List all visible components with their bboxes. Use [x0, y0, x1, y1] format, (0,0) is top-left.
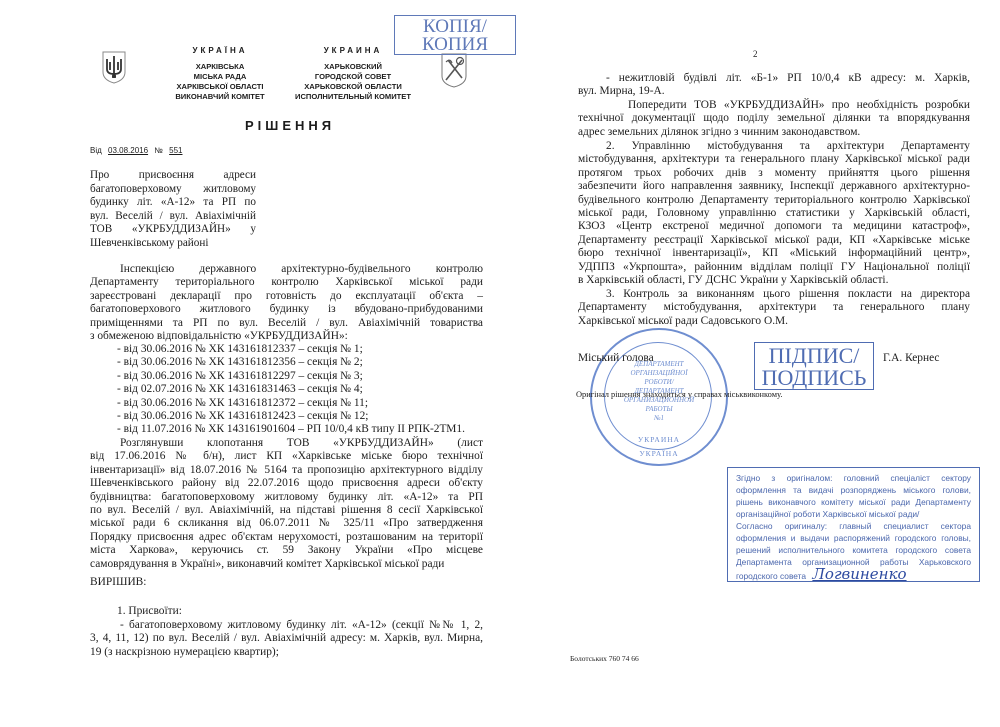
- text-line: 2. Управлінню містобудування та архітект…: [578, 140, 970, 153]
- paragraph-warn: Попередити ТОВ «УКРБУДДИЗАЙН» про необхі…: [578, 99, 970, 139]
- document-number: 551: [169, 146, 182, 155]
- seal-line: РАБОТЫ: [592, 405, 726, 414]
- text-line: технічної документації щодо поділу земел…: [578, 112, 970, 125]
- trident-coat-of-arms-icon: [101, 50, 127, 84]
- declaration-item: - від 30.06.2016 № ХК 143161812423 – сек…: [117, 410, 497, 423]
- text-line: міської ради, Головному управлінню стати…: [578, 207, 970, 220]
- header-ukrainian: УКРАЇНА ХАРКІВСЬКА МІСЬКА РАДА ХАРКІВСЬК…: [155, 46, 285, 102]
- text-line: міста Харкова», керуючись ст. 59 Закону …: [90, 544, 483, 557]
- signature-stamp-line2: ПОДПИСЬ: [755, 367, 873, 389]
- text-line: Шевченківського району від 22.07.2016 що…: [90, 477, 483, 490]
- copy-stamp-line2: КОПИЯ: [395, 36, 515, 54]
- text-line: 19 (з наскрізною нумерацією квартир);: [90, 646, 483, 659]
- executor-footer: Болотських 760 74 66: [570, 654, 639, 663]
- copy-stamp: КОПІЯ/ КОПИЯ: [394, 15, 516, 55]
- text-line: Департаменту реєстрації Харківської місь…: [578, 234, 970, 247]
- signature-stamp-line1: ПІДПИС/: [755, 345, 873, 367]
- text-line: самоврядування в Україні», виконавчий ко…: [90, 558, 483, 571]
- text-line: Інспекцією державного архітектурно-будів…: [90, 263, 483, 276]
- text-line: від 17.06.2016 № б/н), лист КП «Харківсь…: [90, 450, 483, 463]
- text-line: містобудування, архітектури та генеральн…: [578, 153, 970, 166]
- stamp-line: Згідно з оригіналом: головний спеціаліст…: [736, 472, 971, 484]
- subject-line: Про присвоєння адреси: [90, 169, 256, 183]
- seal-line: ОРГАНІЗАЦІЙНОЇ: [592, 369, 726, 378]
- handwritten-signature: Логвиненко: [812, 565, 906, 583]
- item1-text: - багатоповерховому житловому будинку лі…: [90, 619, 483, 659]
- text-line: Харківської міської ради Садовського О.М…: [578, 315, 970, 328]
- header-line: ХАРКІВСЬКА: [155, 62, 285, 72]
- text-line: міської ради 6 скликання від 06.07.2011 …: [90, 517, 483, 530]
- paragraph-considering: Розглянувши клопотання ТОВ «УКРБУДДИЗАЙН…: [90, 437, 483, 571]
- text-line: приміщеннями та РП по вул. Веселій / вул…: [90, 317, 483, 330]
- document-date-line: Від 03.08.2016 № 551: [90, 146, 182, 155]
- text-line: забезпечити його направлення заявнику, І…: [578, 180, 970, 193]
- signatory-name: Г.А. Кернес: [883, 352, 939, 365]
- signatory-role: Міський голова: [578, 352, 654, 365]
- text-line: - багатоповерховому житловому будинку лі…: [90, 619, 483, 632]
- text-line: Попередити ТОВ «УКРБУДДИЗАЙН» про необхі…: [578, 99, 970, 112]
- text-line: в Харківській області, ГУ ДСНС України у…: [578, 274, 970, 287]
- signature-stamp: ПІДПИС/ ПОДПИСЬ: [754, 342, 874, 390]
- subject-line: вул. Веселій / вул. Авіахімічній: [90, 210, 256, 224]
- document-subject: Про присвоєння адреси багатоповерховому …: [90, 169, 256, 251]
- declaration-item: - від 30.06.2016 № ХК 143161812297 – сек…: [117, 370, 497, 383]
- declarations-list: - від 30.06.2016 № ХК 143161812337 – сек…: [117, 343, 497, 437]
- document-title: РІШЕННЯ: [245, 118, 335, 133]
- header-line: ХАРЬКОВСКОЙ ОБЛАСТИ: [283, 82, 423, 92]
- text-line: - нежитловій будівлі літ. «Б-1» РП 10/0,…: [578, 72, 970, 85]
- header-country-ua: УКРАЇНА: [155, 46, 285, 56]
- text-line: Порядку присвоєння адрес об'єктам нерухо…: [90, 531, 483, 544]
- subject-line: багатоповерховому житловому: [90, 183, 256, 197]
- declaration-item: - від 11.07.2016 № ХК 143161901604 – РП …: [117, 423, 497, 436]
- text-line: КЗОЗ «Центр екстреної медичної допомоги …: [578, 220, 970, 233]
- kharkiv-coat-of-arms-icon: [440, 52, 468, 88]
- text-line: 3. Контроль за виконанням цього рішення …: [578, 288, 970, 301]
- subject-line: Шевченківському районі: [90, 237, 256, 251]
- text-line: Департаменту містобудування, архітектури…: [578, 301, 970, 314]
- text-line: адрес земельних ділянок згідно з чинним …: [578, 126, 970, 139]
- page-number: 2: [753, 49, 758, 59]
- number-sign: №: [154, 146, 163, 155]
- stamp-line-text: городского совета: [736, 571, 806, 581]
- text-line: інвентаризації» від 18.07.2016 № 5164 та…: [90, 464, 483, 477]
- subject-line: ТОВ «УКРБУДДИЗАЙН» у: [90, 223, 256, 237]
- subject-line: будинку літ. «А-12» та РП по: [90, 196, 256, 210]
- stamp-line: оформления и выдачи распоряжений городск…: [736, 532, 971, 544]
- text-line: багатоповерхового житлового будинку із в…: [90, 303, 483, 316]
- document-date: 03.08.2016: [108, 146, 148, 155]
- original-location-note: Оригінал рішення знаходиться у справах м…: [576, 390, 782, 399]
- text-line: УДППЗ «Укрпошта», районним відділам полі…: [578, 261, 970, 274]
- seal-line: №1: [592, 414, 726, 423]
- declaration-item: - від 30.06.2016 № ХК 143161812372 – сек…: [117, 397, 497, 410]
- text-line: вул. Мирна, 19-А.: [578, 85, 970, 98]
- seal-line: РОБОТИ/: [592, 378, 726, 387]
- resolved-heading: ВИРІШИВ:: [90, 576, 146, 589]
- item1-heading: 1. Присвоїти:: [117, 605, 182, 618]
- text-line: будівельного контролю Департаменту терит…: [578, 194, 970, 207]
- text-line: Департаменту територіального контролю Ха…: [90, 276, 483, 289]
- seal-bottom-outer: УКРАЇНА: [592, 449, 726, 458]
- seal-bottom-inner: УКРАИНА: [592, 435, 726, 444]
- item3: 3. Контроль за виконанням цього рішення …: [578, 288, 970, 328]
- stamp-line: решений исполнительного комитета городск…: [736, 544, 971, 556]
- header-line: ИСПОЛНИТЕЛЬНЫЙ КОМИТЕТ: [283, 92, 423, 102]
- document-page-1: УКРАЇНА ХАРКІВСЬКА МІСЬКА РАДА ХАРКІВСЬК…: [0, 0, 540, 727]
- paragraph-inspection: Інспекцією державного архітектурно-будів…: [90, 263, 483, 343]
- text-line: 3, 4, 11, 12) по вул. Веселій / вул. Аві…: [90, 632, 483, 645]
- text-line: з обмеженою відповідальністю «УКРБУДДИЗА…: [90, 330, 483, 343]
- text-line: Розглянувши клопотання ТОВ «УКРБУДДИЗАЙН…: [90, 437, 483, 450]
- item2: 2. Управлінню містобудування та архітект…: [578, 140, 970, 287]
- header-line: ГОРОДСКОЙ СОВЕТ: [283, 72, 423, 82]
- stamp-line: Согласно оригиналу: главный специалист с…: [736, 520, 971, 532]
- header-line: МІСЬКА РАДА: [155, 72, 285, 82]
- text-line: по вул. Веселій / вул. Авіахімічній, на …: [90, 504, 483, 517]
- header-line: ХАРЬКОВСКИЙ: [283, 62, 423, 72]
- declaration-item: - від 30.06.2016 № ХК 143161812337 – сек…: [117, 343, 497, 356]
- text-line: бюро технічної інвентаризації», КП «Місь…: [578, 247, 970, 260]
- text-line: будівництва: багатоповерховому житловому…: [90, 491, 483, 504]
- declaration-item: - від 30.06.2016 № ХК 143161812356 – сек…: [117, 356, 497, 369]
- declaration-item: - від 02.07.2016 № ХК 143161831463 – сек…: [117, 383, 497, 396]
- item1-continued: - нежитловій будівлі літ. «Б-1» РП 10/0,…: [578, 72, 970, 99]
- text-line: зареєстровані декларації про готовність …: [90, 290, 483, 303]
- stamp-line: рішень виконавчого комітету міської ради…: [736, 496, 971, 508]
- document-page-2: 2 - нежитловій будівлі літ. «Б-1» РП 10/…: [540, 0, 1000, 727]
- certified-copy-stamp: Згідно з оригіналом: головний спеціаліст…: [727, 467, 980, 582]
- text-line: протягом трьох робочих днів з моменту пр…: [578, 167, 970, 180]
- header-line: ХАРКІВСЬКОЇ ОБЛАСТІ: [155, 82, 285, 92]
- stamp-line: організаційної роботи Харківської місько…: [736, 508, 971, 520]
- stamp-line: оформлення та видачі розпоряджень місько…: [736, 484, 971, 496]
- stamp-line: городского совета Логвиненко: [736, 568, 971, 582]
- header-line: ВИКОНАВЧИЙ КОМІТЕТ: [155, 92, 285, 102]
- date-prefix: Від: [90, 146, 102, 155]
